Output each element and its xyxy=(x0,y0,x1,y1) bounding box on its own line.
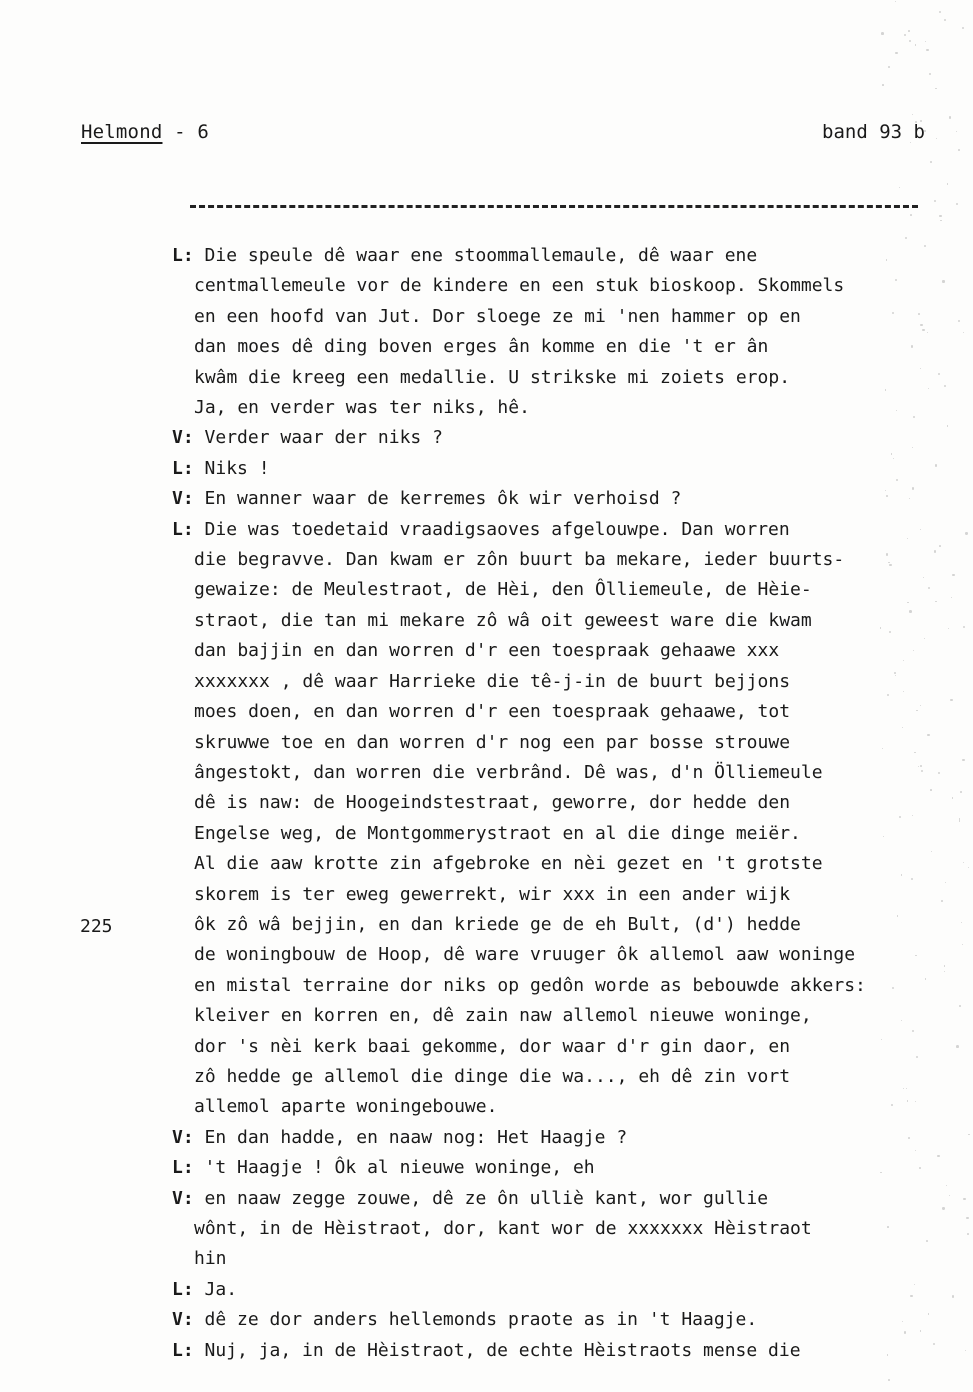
speaker-label: V: xyxy=(172,488,205,509)
transcript-turn: V: en naaw zegge zouwe, dê ze ôn ulliè k… xyxy=(172,1184,952,1275)
line-text: en een hoofd van Jut. Dor sloege ze mi '… xyxy=(194,306,801,327)
scan-speckle xyxy=(952,1295,955,1298)
speaker-label: L: xyxy=(172,1279,205,1300)
transcript-line: kwâm die kreeg een medallie. U strikske … xyxy=(172,363,952,393)
line-text: dan bajjin en dan worren d'r een toespra… xyxy=(194,640,779,661)
transcript-line: V: dê ze dor anders hellemonds praote as… xyxy=(172,1305,952,1335)
scan-speckle xyxy=(908,1137,910,1139)
line-text: ângestokt, dan worren die verbrând. Dê w… xyxy=(194,762,823,783)
scan-speckle xyxy=(930,789,932,791)
scan-speckle xyxy=(908,30,910,32)
transcript-turn: L: 't Haagje ! Ôk al nieuwe woninge, eh xyxy=(172,1153,952,1183)
scan-speckle xyxy=(958,149,960,151)
scan-speckle xyxy=(963,1198,966,1201)
margin-line-number: 225 xyxy=(80,916,113,937)
scan-speckle xyxy=(949,116,951,118)
scan-speckle xyxy=(935,601,936,602)
scan-speckle xyxy=(912,114,913,115)
scan-speckle xyxy=(910,142,911,143)
scan-speckle xyxy=(922,329,924,331)
scan-speckle xyxy=(909,498,910,499)
scan-speckle xyxy=(880,1172,881,1173)
scan-speckle xyxy=(887,1226,889,1228)
scan-speckle xyxy=(936,138,937,139)
transcript-line: dan bajjin en dan worren d'r een toespra… xyxy=(172,636,952,666)
transcript-line: gewaize: de Meulestraot, de Hèi, den Ôll… xyxy=(172,575,952,605)
transcript-line: en een hoofd van Jut. Dor sloege ze mi '… xyxy=(172,302,952,332)
scan-speckle xyxy=(963,862,964,863)
transcript-line: en mistal terraine dor niks op gedôn wor… xyxy=(172,971,952,1001)
scan-speckle xyxy=(920,1330,921,1331)
scan-speckle xyxy=(968,867,969,868)
scan-speckle xyxy=(904,34,906,36)
scan-speckle xyxy=(944,19,946,21)
transcript-turn: L: Ja. xyxy=(172,1275,952,1305)
place-name: Helmond xyxy=(81,121,162,143)
scan-speckle xyxy=(924,130,926,132)
transcript-line: ângestokt, dan worren die verbrând. Dê w… xyxy=(172,758,952,788)
transcript-line: V: Verder waar der niks ? xyxy=(172,423,952,453)
scan-speckle xyxy=(881,32,884,35)
scan-speckle xyxy=(888,66,890,68)
line-text: centmallemeule vor de kindere en een stu… xyxy=(194,275,844,296)
scan-speckle xyxy=(910,1295,912,1297)
scan-speckle xyxy=(951,597,952,598)
line-text: dê ze dor anders hellemonds praote as in… xyxy=(205,1309,758,1330)
scan-speckle xyxy=(887,694,889,696)
scan-speckle xyxy=(956,131,958,133)
transcript-turn: L: Niks ! xyxy=(172,454,952,484)
line-text: allemol aparte woningebouwe. xyxy=(194,1096,497,1117)
transcript-line: allemol aparte woningebouwe. xyxy=(172,1092,952,1122)
transcript-line: Ja, en verder was ter niks, hê. xyxy=(172,393,952,423)
line-text: en naaw zegge zouwe, dê ze ôn ulliè kant… xyxy=(205,1188,769,1209)
transcript-line: zô hedde ge allemol die dinge die wa...,… xyxy=(172,1062,952,1092)
scan-speckle xyxy=(904,1331,906,1333)
scan-speckle xyxy=(925,41,926,42)
transcript-line: V: En wanner waar de kerremes ôk wir ver… xyxy=(172,484,952,514)
transcript-line: Al die aaw krotte zin afgebroke en nèi g… xyxy=(172,849,952,879)
line-text: Die was toedetaid vraadigsaoves afgelouw… xyxy=(205,519,790,540)
scan-speckle xyxy=(968,1134,970,1136)
transcript-line: hin xyxy=(172,1244,952,1274)
scan-speckle xyxy=(934,200,937,203)
line-text: Niks ! xyxy=(205,458,270,479)
scan-speckle xyxy=(952,797,953,798)
line-text: Nuj, ja, in de Hèistraot, de echte Hèist… xyxy=(205,1340,801,1361)
scan-speckle xyxy=(886,495,888,497)
transcript-line: moes doen, en dan worren d'r een toespra… xyxy=(172,697,952,727)
dashed-divider xyxy=(190,205,918,208)
speaker-label: V: xyxy=(172,1188,205,1209)
scan-speckle xyxy=(915,44,916,45)
line-text: moes doen, en dan worren d'r een toespra… xyxy=(194,701,790,722)
speaker-label: V: xyxy=(172,1127,205,1148)
speaker-label: L: xyxy=(172,519,205,540)
scan-speckle xyxy=(885,490,886,491)
scan-speckle xyxy=(897,915,899,917)
line-text: die begravve. Dan kwam er zôn buurt ba m… xyxy=(194,549,844,570)
scan-speckle xyxy=(939,545,941,547)
line-text: En dan hadde, en naaw nog: Het Haagje ? xyxy=(205,1127,628,1148)
transcript-line: centmallemeule vor de kindere en een stu… xyxy=(172,271,952,301)
line-text: xxxxxxx , dê waar Harrieke die tê-j-in d… xyxy=(194,671,790,692)
scan-speckle xyxy=(938,772,940,774)
scan-speckle xyxy=(899,187,900,188)
scan-speckle xyxy=(958,320,960,322)
scan-speckle xyxy=(939,215,942,218)
scan-speckle xyxy=(947,425,948,426)
speaker-label: L: xyxy=(172,458,205,479)
scan-speckle xyxy=(937,1155,940,1158)
scan-speckle xyxy=(947,183,948,184)
scan-speckle xyxy=(929,73,931,75)
scan-speckle xyxy=(962,944,964,946)
transcript-line: kleiver en korren en, dê zain naw allemo… xyxy=(172,1001,952,1031)
scan-speckle xyxy=(907,1100,908,1101)
line-text: Engelse weg, de Montgommerystraot en al … xyxy=(194,823,801,844)
scan-speckle xyxy=(960,791,962,793)
scan-speckle xyxy=(891,1104,893,1106)
scan-speckle xyxy=(967,1233,969,1235)
scan-speckle xyxy=(940,220,941,221)
transcript-line: dê is naw: de Hoogeindstestraat, geworre… xyxy=(172,788,952,818)
line-text: hin xyxy=(194,1248,227,1269)
scan-speckle xyxy=(963,332,964,333)
transcript-line: Engelse weg, de Montgommerystraot en al … xyxy=(172,819,952,849)
transcript-line: dor 's nèi kerk baai gekomme, dor waar d… xyxy=(172,1032,952,1062)
scan-speckle xyxy=(888,1379,890,1381)
transcript-line: skruwwe toe en dan worren d'r nog een pa… xyxy=(172,728,952,758)
scan-speckle xyxy=(938,373,940,375)
line-text: kwâm die kreeg een medallie. U strikske … xyxy=(194,367,790,388)
transcript-line: L: Ja. xyxy=(172,1275,952,1305)
scan-speckle xyxy=(942,280,944,282)
transcript-line: de woningbouw de Hoop, dê ware vruuger ô… xyxy=(172,940,952,970)
scan-speckle xyxy=(892,987,894,989)
transcript-line: straot, die tan mi mekare zô wâ oit gewe… xyxy=(172,606,952,636)
speaker-label: V: xyxy=(172,427,205,448)
transcript-turn: L: Nuj, ja, in de Hèistraot, de echte Hè… xyxy=(172,1336,952,1366)
scan-speckle xyxy=(962,759,964,761)
scan-speckle xyxy=(930,161,932,163)
line-text: straot, die tan mi mekare zô wâ oit gewe… xyxy=(194,610,812,631)
line-text: gewaize: de Meulestraot, de Hèi, den Ôll… xyxy=(194,579,812,600)
scan-speckle xyxy=(926,49,929,52)
line-text: skorem is ter eweg gewerrekt, wir xxx in… xyxy=(194,884,790,905)
transcript-line: L: Niks ! xyxy=(172,454,952,484)
line-text: dan moes dê ding boven erges ân komme en… xyxy=(194,336,768,357)
line-text: dê is naw: de Hoogeindstestraat, geworre… xyxy=(194,792,790,813)
page-number: 6 xyxy=(197,121,209,143)
line-text: de woningbouw de Hoop, dê ware vruuger ô… xyxy=(194,944,855,965)
speaker-label: L: xyxy=(172,245,205,266)
transcript-line: wônt, in de Hèistraot, dor, kant wor de … xyxy=(172,1214,952,1244)
scan-speckle xyxy=(909,40,911,42)
transcript-line: L: 't Haagje ! Ôk al nieuwe woninge, eh xyxy=(172,1153,952,1183)
scan-speckle xyxy=(939,11,941,13)
scan-speckle xyxy=(882,748,883,749)
speaker-label: L: xyxy=(172,1340,205,1361)
scan-speckle xyxy=(959,820,960,821)
scan-speckle xyxy=(915,121,917,123)
scan-speckle xyxy=(965,532,967,534)
scan-speckle xyxy=(956,203,958,205)
line-text: En wanner waar de kerremes ôk wir verhoi… xyxy=(205,488,682,509)
transcript-turn: V: dê ze dor anders hellemonds praote as… xyxy=(172,1305,952,1335)
scan-speckle xyxy=(918,313,920,315)
transcript-line: xxxxxxx , dê waar Harrieke die tê-j-in d… xyxy=(172,667,952,697)
scan-speckle xyxy=(912,487,914,489)
scan-speckle xyxy=(959,1005,961,1007)
scan-speckle xyxy=(927,734,929,736)
scan-speckle xyxy=(924,245,926,247)
scan-speckle xyxy=(894,672,896,674)
line-text: Ja. xyxy=(205,1279,238,1300)
transcript-line: die begravve. Dan kwam er zôn buurt ba m… xyxy=(172,545,952,575)
scan-speckle xyxy=(895,279,897,281)
document-page: Helmond - 6 band 93 b 225 L: Die speule … xyxy=(0,0,973,1392)
scan-speckle xyxy=(956,1045,959,1048)
scan-speckle xyxy=(882,84,884,86)
scan-speckle xyxy=(962,27,964,29)
scan-speckle xyxy=(935,88,936,89)
scan-speckle xyxy=(902,1321,903,1322)
scan-speckle xyxy=(911,878,913,880)
scan-speckle xyxy=(895,52,897,54)
transcript-line: V: En dan hadde, en naaw nog: Het Haagje… xyxy=(172,1123,952,1153)
transcript-line: ôk zô wâ bejjin, en dan kriede ge de eh … xyxy=(172,910,952,940)
page-header-left: Helmond - 6 xyxy=(81,121,209,143)
speaker-label: V: xyxy=(172,1309,205,1330)
transcript-turn: V: En wanner waar de kerremes ôk wir ver… xyxy=(172,484,952,514)
scan-speckle xyxy=(965,1350,966,1351)
line-text: en mistal terraine dor niks op gedôn wor… xyxy=(194,975,866,996)
scan-speckle xyxy=(895,675,896,676)
scan-speckle xyxy=(886,553,888,555)
scan-speckle xyxy=(905,237,907,239)
line-text: zô hedde ge allemol die dinge die wa...,… xyxy=(194,1066,790,1087)
scan-speckle xyxy=(914,752,916,754)
transcript-turn: L: Die speule dê waar ene stoommallemaul… xyxy=(172,241,952,423)
transcript-line: skorem is ter eweg gewerrekt, wir xxx in… xyxy=(172,880,952,910)
transcript-line: L: Nuj, ja, in de Hèistraot, de echte Hè… xyxy=(172,1336,952,1366)
scan-speckle xyxy=(961,922,962,923)
line-text: skruwwe toe en dan worren d'r nog een pa… xyxy=(194,732,790,753)
scan-speckle xyxy=(966,1217,968,1219)
scan-speckle xyxy=(963,626,965,628)
line-text: ôk zô wâ bejjin, en dan kriede ge de eh … xyxy=(194,914,801,935)
scan-speckle xyxy=(944,385,946,387)
scan-speckle xyxy=(910,214,912,216)
scan-speckle xyxy=(889,564,891,566)
line-text: Ja, en verder was ter niks, hê. xyxy=(194,397,530,418)
tape-label: band 93 b xyxy=(822,121,925,143)
line-text: 't Haagje ! Ôk al nieuwe woninge, eh xyxy=(205,1157,595,1178)
line-text: kleiver en korren en, dê zain naw allemo… xyxy=(194,1005,812,1026)
scan-speckle xyxy=(952,574,955,577)
scan-speckle xyxy=(942,1207,944,1209)
transcript-line: V: en naaw zegge zouwe, dê ze ôn ulliè k… xyxy=(172,1184,952,1214)
transcript-turn: L: Die was toedetaid vraadigsaoves afgel… xyxy=(172,515,952,1123)
line-text: Verder waar der niks ? xyxy=(205,427,443,448)
scan-speckle xyxy=(907,602,908,603)
scan-speckle xyxy=(915,955,916,956)
scan-speckle xyxy=(946,1185,947,1186)
scan-speckle xyxy=(920,765,922,767)
scan-speckle xyxy=(895,1,896,2)
transcript-turn: V: En dan hadde, en naaw nog: Het Haagje… xyxy=(172,1123,952,1153)
transcript: L: Die speule dê waar ene stoommallemaul… xyxy=(172,241,952,1366)
speaker-label: L: xyxy=(172,1157,205,1178)
scan-speckle xyxy=(909,610,912,613)
line-text: Al die aaw krotte zin afgebroke en nèi g… xyxy=(194,853,823,874)
scan-speckle xyxy=(959,818,961,820)
header-separator: - xyxy=(162,121,197,143)
transcript-line: L: Die speule dê waar ene stoommallemaul… xyxy=(172,241,952,271)
transcript-line: L: Die was toedetaid vraadigsaoves afgel… xyxy=(172,515,952,545)
scan-speckle xyxy=(950,699,952,701)
line-text: Die speule dê waar ene stoommallemaule, … xyxy=(205,245,758,266)
line-text: dor 's nèi kerk baai gekomme, dor waar d… xyxy=(194,1036,790,1057)
transcript-turn: V: Verder waar der niks ? xyxy=(172,423,952,453)
transcript-line: dan moes dê ding boven erges ân komme en… xyxy=(172,332,952,362)
line-text: wônt, in de Hèistraot, dor, kant wor de … xyxy=(194,1218,812,1239)
